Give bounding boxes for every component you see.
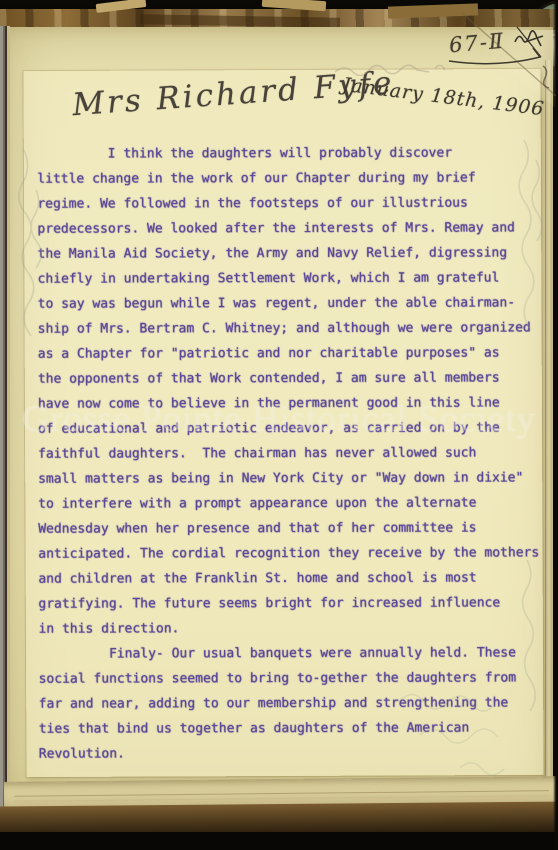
typed-line: to say was begun while I was regent, und… [38,290,538,316]
typed-line: and children at the Franklin St. home an… [38,565,538,591]
page-left-edge [0,26,10,814]
typed-line: faithful daughters. The chairman has nev… [38,440,538,466]
typed-line: little change in the work of our Chapter… [37,165,537,191]
typed-line: I think the daughters will probably disc… [37,140,537,166]
typed-line: of educational and patriotic endeavor, a… [38,415,538,441]
typed-line: the opponents of that Work contended, I … [38,365,538,391]
scan-right-edge [553,0,558,850]
typed-line: regime. We followed in the footsteps of … [37,190,537,216]
typed-line: anticipated. The cordial recognition the… [38,540,538,566]
page-right-edge [545,60,552,800]
sheet-edge-line [14,790,549,802]
scanned-document-page: 67-Ⅱ Mrs Richard Fyfe January 18th, 1906… [0,0,558,850]
typed-line: ship of Mrs. Bertram C. Whitney; and alt… [38,315,538,341]
typed-line: gratifying. The future seems bright for … [38,590,538,616]
typed-line: ties that bind us together as daughters … [39,715,539,741]
typed-line: small matters as being in New York City … [38,465,538,491]
typed-line: as a Chapter for "patriotic and nor char… [38,340,538,366]
typed-line: in this direction. [38,615,538,641]
typed-line: the Manila Aid Society, the Army and Nav… [37,240,537,266]
typed-line: have now come to believe in the permanen… [38,390,538,416]
typed-line: Finaly- Our usual banquets were annually… [38,640,538,666]
typed-text-body: I think the daughters will probably disc… [37,140,539,766]
page-number-annotation: 67-Ⅱ [448,29,506,58]
typed-line: Wednesday when her presence and that of … [38,515,538,541]
typed-line: far and near, adding to our membership a… [39,690,539,716]
typed-line: social functions seemed to bring to-geth… [39,665,539,691]
typed-line: chiefly in undertaking Settlement Work, … [38,265,538,291]
scan-bottom-edge [0,832,558,850]
typed-line: predecessors. We looked after the intere… [37,215,537,241]
typed-line: to interfere with a prompt appearance up… [38,490,538,516]
typed-line: Revolution. [39,740,539,766]
